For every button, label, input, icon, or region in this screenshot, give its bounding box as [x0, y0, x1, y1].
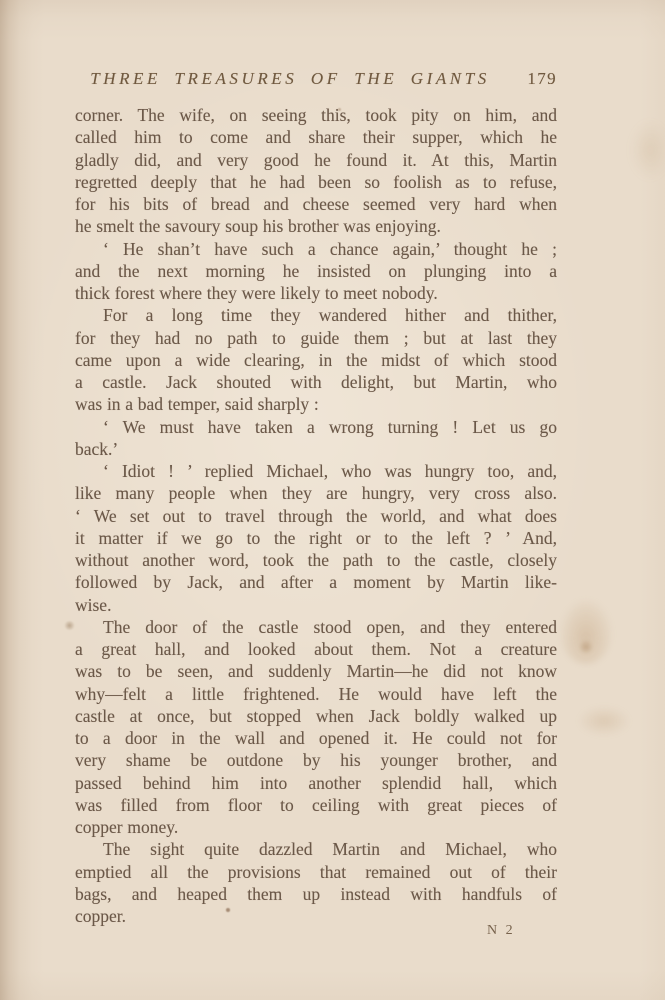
text-line: for his bits of bread and cheese seemed … [75, 193, 557, 215]
paragraph: corner. The wife, on seeing this, took p… [75, 104, 557, 238]
paragraph: The door of the castle stood open, and t… [75, 616, 557, 839]
text-line: thick forest where they were likely to m… [75, 282, 557, 304]
text-line: a castle. Jack shouted with delight, but… [75, 371, 557, 393]
text-line: called him to come and share their suppe… [75, 126, 557, 148]
text-line: and the next morning he insisted on plun… [75, 260, 557, 282]
text-line: it matter if we go to the right or to th… [75, 527, 557, 549]
text-line: ‘ He shan’t have such a chance again,’ t… [75, 238, 557, 260]
paragraph: ‘ We must have taken a wrong turning ! L… [75, 416, 557, 461]
book-page: THREE TREASURES OF THE GIANTS 179 corner… [0, 0, 665, 1000]
text-line: followed by Jack, and after a moment by … [75, 571, 557, 593]
signature-mark: N 2 [487, 923, 515, 939]
text-block: corner. The wife, on seeing this, took p… [75, 104, 557, 927]
text-line: copper. [75, 905, 557, 927]
text-line: ‘ Idiot ! ’ replied Michael, who was hun… [75, 460, 557, 482]
text-line: The sight quite dazzled Martin and Micha… [75, 838, 557, 860]
ink-blotch [64, 621, 75, 630]
text-line: castle at once, but stopped when Jack bo… [75, 705, 557, 727]
text-line: for they had no path to guide them ; but… [75, 327, 557, 349]
text-line: back.’ [75, 438, 557, 460]
text-line: ‘ We must have taken a wrong turning ! L… [75, 416, 557, 438]
foxing-spot [578, 640, 594, 654]
text-line: regretted deeply that he had been so foo… [75, 171, 557, 193]
text-line: like many people when they are hungry, v… [75, 482, 557, 504]
text-line: very shame be outdone by his younger bro… [75, 749, 557, 771]
paragraph: For a long time they wandered hither and… [75, 304, 557, 415]
text-line: to a door in the wall and opened it. He … [75, 727, 557, 749]
text-line: he smelt the savoury soup his brother wa… [75, 215, 557, 237]
text-line: a great hall, and looked about them. Not… [75, 638, 557, 660]
text-line: why—felt a little frightened. He would h… [75, 683, 557, 705]
foxing-spot [560, 600, 612, 664]
page-header: THREE TREASURES OF THE GIANTS 179 [75, 69, 557, 91]
text-line: The door of the castle stood open, and t… [75, 616, 557, 638]
running-title: THREE TREASURES OF THE GIANTS [75, 69, 505, 89]
text-line: was filled from floor to ceiling with gr… [75, 794, 557, 816]
text-line: wise. [75, 594, 557, 616]
text-line: emptied all the provisions that remained… [75, 861, 557, 883]
text-line: ‘ We set out to travel through the world… [75, 505, 557, 527]
text-line: came upon a wide clearing, in the midst … [75, 349, 557, 371]
paragraph: ‘ Idiot ! ’ replied Michael, who was hun… [75, 460, 557, 616]
foxing-spot [630, 120, 665, 180]
text-line: copper money. [75, 816, 557, 838]
page-number: 179 [527, 69, 557, 89]
text-line: bags, and heaped them up instead with ha… [75, 883, 557, 905]
paragraph: ‘ He shan’t have such a chance again,’ t… [75, 238, 557, 305]
foxing-spot [578, 706, 630, 736]
text-line: corner. The wife, on seeing this, took p… [75, 104, 557, 126]
text-line: was to be seen, and suddenly Martin—he d… [75, 660, 557, 682]
text-line: without another word, took the path to t… [75, 549, 557, 571]
text-line: was in a bad temper, said sharply : [75, 393, 557, 415]
text-line: For a long time they wandered hither and… [75, 304, 557, 326]
paragraph: The sight quite dazzled Martin and Micha… [75, 838, 557, 927]
text-line: passed behind him into another splendid … [75, 772, 557, 794]
text-line: gladly did, and very good he found it. A… [75, 149, 557, 171]
